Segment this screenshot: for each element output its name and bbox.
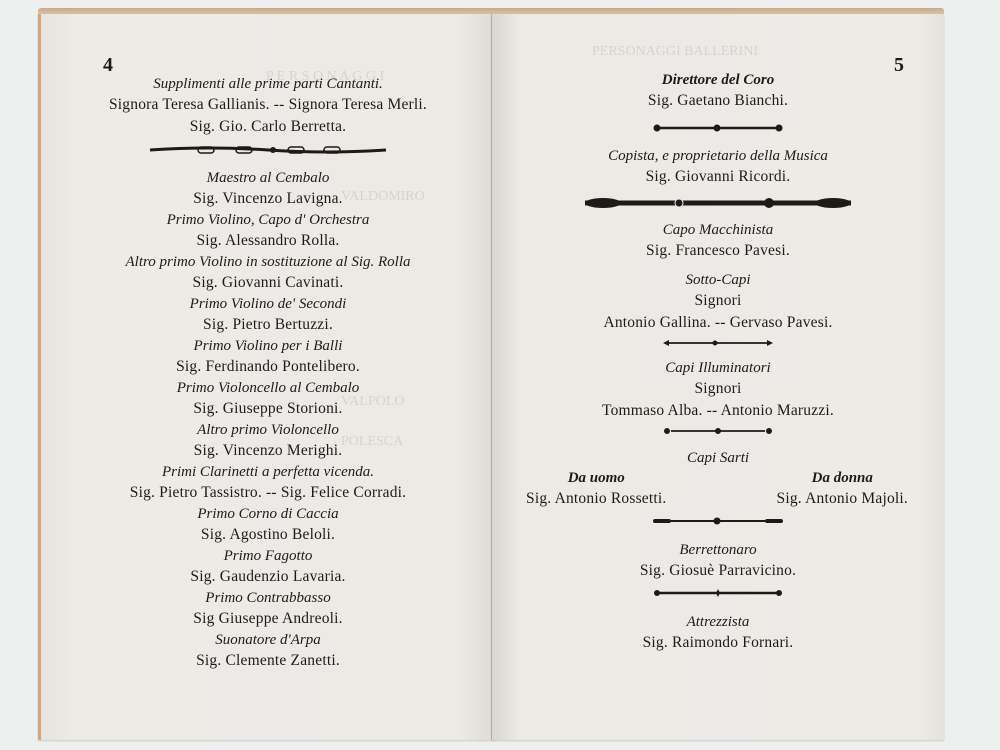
- performer-name: Sig. Giovanni Cavinati.: [41, 272, 495, 294]
- performer-name: Sig. Agostino Beloli.: [41, 524, 495, 546]
- role-title: Maestro al Cembalo: [41, 168, 495, 188]
- personnel-entry: Berrettonaro Sig. Giosuè Parravicino.: [492, 540, 944, 582]
- performer-name: Sig. Vincenzo Lavigna.: [41, 188, 495, 210]
- performer-name: Sig Giuseppe Andreoli.: [41, 608, 495, 630]
- role-title: Primo Violoncello al Cembalo: [41, 378, 495, 398]
- role-title: Capi Sarti: [492, 448, 944, 468]
- personnel-entry: Primo Fagotto Sig. Gaudenzio Lavaria.: [41, 546, 495, 588]
- role-title: Capi Illuminatori: [492, 358, 944, 378]
- two-column-credits: Da uomo Sig. Antonio Rossetti. Da donna …: [492, 468, 944, 510]
- role-title: Primo Contrabbasso: [41, 588, 495, 608]
- ornamental-rule: [492, 196, 944, 210]
- group-label: Signori: [492, 378, 944, 400]
- right-page: PERSONAGGI BALLERINI 5 Direttore del Cor…: [492, 14, 944, 740]
- performer-name: Sig. Vincenzo Merighi.: [41, 440, 495, 462]
- role-title: Copista, e proprietario della Musica: [492, 146, 944, 166]
- personnel-entry: Capi Illuminatori Signori Tommaso Alba. …: [492, 358, 944, 422]
- personnel-entry: Suonatore d'Arpa Sig. Clemente Zanetti.: [41, 630, 495, 672]
- role-title: Berrettonaro: [492, 540, 944, 560]
- role-title: Primo Corno di Caccia: [41, 504, 495, 524]
- open-booklet: P E R S O N A G G I VALDOMIRO VALPOLO PO…: [38, 8, 944, 742]
- performer-name: Sig. Francesco Pavesi.: [492, 240, 944, 262]
- performer-name: Antonio Gallina. -- Gervaso Pavesi.: [492, 312, 944, 334]
- role-title: Direttore del Coro: [492, 70, 944, 90]
- ornamental-rule: [492, 426, 944, 440]
- performer-name: Sig. Giuseppe Storioni.: [41, 398, 495, 420]
- performer-name: Signora Teresa Gallianis. -- Signora Ter…: [41, 94, 495, 116]
- supplementary-singers: Supplimenti alle prime parti Cantanti. S…: [41, 74, 495, 138]
- left-page: P E R S O N A G G I VALDOMIRO VALPOLO PO…: [38, 14, 495, 740]
- role-title: Altro primo Violoncello: [41, 420, 495, 440]
- credit-column: Da uomo Sig. Antonio Rossetti.: [526, 468, 666, 510]
- role-title: Attrezzista: [492, 612, 944, 632]
- personnel-entry: Sotto-Capi Signori Antonio Gallina. -- G…: [492, 270, 944, 334]
- ornamental-rule: [492, 122, 944, 136]
- role-title: Suonatore d'Arpa: [41, 630, 495, 650]
- personnel-entry: Maestro al Cembalo Sig. Vincenzo Lavigna…: [41, 168, 495, 210]
- group-label: Signori: [492, 290, 944, 312]
- performer-name: Sig. Giosuè Parravicino.: [492, 560, 944, 582]
- personnel-entry: Primi Clarinetti a perfetta vicenda. Sig…: [41, 462, 495, 504]
- performer-name: Sig. Antonio Majoli.: [777, 488, 908, 510]
- personnel-entry: Altro primo Violino in sostituzione al S…: [41, 252, 495, 294]
- left-page-content: Supplimenti alle prime parti Cantanti. S…: [41, 74, 495, 672]
- ornamental-rule: [41, 144, 495, 158]
- performer-name: Sig. Clemente Zanetti.: [41, 650, 495, 672]
- performer-name: Sig. Antonio Rossetti.: [526, 488, 666, 510]
- credit-column: Da donna Sig. Antonio Majoli.: [777, 468, 908, 510]
- role-title: Supplimenti alle prime parti Cantanti.: [41, 74, 495, 94]
- role-title: Sotto-Capi: [492, 270, 944, 290]
- performer-name: Sig. Gaudenzio Lavaria.: [41, 566, 495, 588]
- right-page-content: Direttore del Coro Sig. Gaetano Bianchi.…: [492, 70, 944, 654]
- role-title: Capo Macchinista: [492, 220, 944, 240]
- role-title: Primi Clarinetti a perfetta vicenda.: [41, 462, 495, 482]
- personnel-entry: Direttore del Coro Sig. Gaetano Bianchi.: [492, 70, 944, 112]
- ornamental-rule: [492, 516, 944, 530]
- personnel-entry: Primo Violino per i Balli Sig. Ferdinand…: [41, 336, 495, 378]
- performer-name: Sig. Pietro Tassistro. -- Sig. Felice Co…: [41, 482, 495, 504]
- personnel-entry-costumes: Capi Sarti Da uomo Sig. Antonio Rossetti…: [492, 448, 944, 510]
- personnel-entry: Capo Macchinista Sig. Francesco Pavesi.: [492, 220, 944, 262]
- personnel-entry: Primo Violino, Capo d' Orchestra Sig. Al…: [41, 210, 495, 252]
- personnel-entry: Attrezzista Sig. Raimondo Fornari.: [492, 612, 944, 654]
- personnel-entry: Copista, e proprietario della Musica Sig…: [492, 146, 944, 188]
- role-title: Altro primo Violino in sostituzione al S…: [41, 252, 495, 272]
- show-through-text: PERSONAGGI BALLERINI: [592, 44, 758, 60]
- ornamental-rule: [492, 588, 944, 602]
- role-subtitle: Da donna: [777, 468, 908, 488]
- personnel-entry: Primo Violino de' Secondi Sig. Pietro Be…: [41, 294, 495, 336]
- performer-name: Sig. Giovanni Ricordi.: [492, 166, 944, 188]
- role-subtitle: Da uomo: [526, 468, 666, 488]
- role-title: Primo Violino per i Balli: [41, 336, 495, 356]
- performer-name: Sig. Raimondo Fornari.: [492, 632, 944, 654]
- performer-name: Sig. Alessandro Rolla.: [41, 230, 495, 252]
- role-title: Primo Violino, Capo d' Orchestra: [41, 210, 495, 230]
- personnel-entry: Primo Corno di Caccia Sig. Agostino Belo…: [41, 504, 495, 546]
- performer-name: Sig. Pietro Bertuzzi.: [41, 314, 495, 336]
- performer-name: Tommaso Alba. -- Antonio Maruzzi.: [492, 400, 944, 422]
- ornamental-rule: [492, 338, 944, 352]
- performer-name: Sig. Ferdinando Pontelibero.: [41, 356, 495, 378]
- personnel-entry: Primo Violoncello al Cembalo Sig. Giusep…: [41, 378, 495, 420]
- role-title: Primo Violino de' Secondi: [41, 294, 495, 314]
- performer-name: Sig. Gio. Carlo Berretta.: [41, 116, 495, 138]
- performer-name: Sig. Gaetano Bianchi.: [492, 90, 944, 112]
- personnel-entry: Altro primo Violoncello Sig. Vincenzo Me…: [41, 420, 495, 462]
- personnel-entry: Primo Contrabbasso Sig Giuseppe Andreoli…: [41, 588, 495, 630]
- role-title: Primo Fagotto: [41, 546, 495, 566]
